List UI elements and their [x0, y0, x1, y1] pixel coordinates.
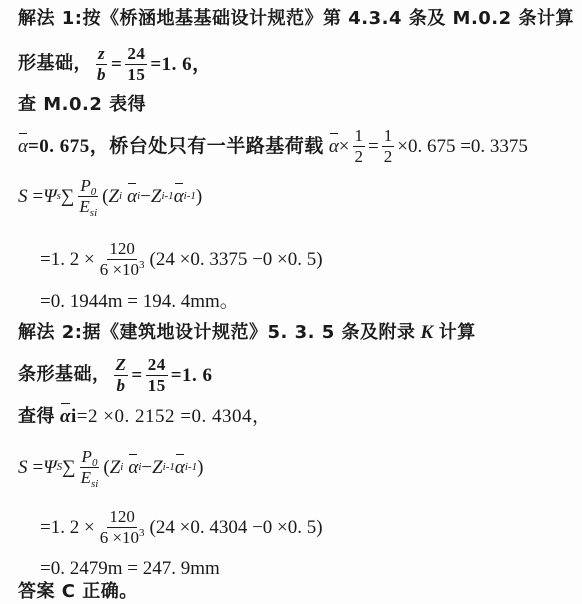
- method1-heading: 解法 1:按《桥涵地基基础设计规范》第 4.3.4 条及 M.0.2 条计算: [18, 10, 574, 28]
- p0-over-esi-fraction-2: P0 Esi: [79, 448, 101, 487]
- half-fraction: 1 2: [353, 127, 366, 166]
- document-page: 解法 1:按《桥涵地基基础设计规范》第 4.3.4 条及 M.0.2 条计算 形…: [0, 0, 582, 604]
- method2-settlement-formula: S = ΨS ∑ P0 Esi ( Zi αi − Zi-1 αi-1 ): [18, 448, 203, 487]
- load-over-modulus-fraction: 120 6 ×103: [98, 240, 147, 279]
- 24-over-15-fraction-2: 24 15: [146, 356, 168, 395]
- half-fraction-2: 1 2: [382, 127, 395, 166]
- method1-heading-text: 解法 1:按《桥涵地基基础设计规范》第 4.3.4 条及 M.0.2 条计算: [18, 10, 574, 28]
- method1-lookup: 查 M.0.2 表得: [18, 96, 146, 114]
- ratio-result: =1. 6，: [150, 55, 211, 74]
- method2-heading: 解法 2:据《建筑地设计规范》5. 3. 5 条及附录 K 计算: [18, 323, 476, 342]
- ratio-label: 形基础，: [18, 55, 92, 73]
- alpha-half-result: ×0. 675 =0. 3375: [397, 137, 528, 156]
- z-over-b-fraction: z b: [95, 45, 108, 84]
- method1-settlement-formula: S = Ψs ∑ P0 Esi ( Zi αi − Zi-1 αi-1 ): [18, 177, 202, 216]
- load-over-modulus-fraction-2: 120 6 ×103: [98, 508, 147, 547]
- p0-over-esi-fraction: P0 Esi: [77, 177, 99, 216]
- method1-alpha-line: α =0. 675，桥台处只有一半路基荷载 α × 1 2 = 1 2 ×0. …: [18, 127, 528, 166]
- alpha-value-text: =0. 675，桥台处只有一半路基荷载: [28, 137, 324, 156]
- method1-ratio-line: 形基础， z b = 24 15 =1. 6，: [18, 45, 212, 84]
- alpha-bar-symbol: α: [18, 137, 28, 156]
- method2-alpha-line: 查得 αi =2 ×0. 2152 =0. 4304，: [18, 407, 271, 426]
- 24-over-15-fraction: 24 15: [125, 45, 147, 84]
- method1-calculation: =1. 2 × 120 6 ×103 (24 ×0. 3375 −0 ×0. 5…: [40, 240, 323, 279]
- method2-ratio-line: 条形基础， Z b = 24 15 =1. 6: [18, 356, 213, 395]
- method2-calculation: =1. 2 × 120 6 ×103 (24 ×0. 4304 −0 ×0. 5…: [40, 508, 323, 547]
- Z-over-b-fraction: Z b: [114, 356, 129, 395]
- method2-result: =0. 2479m = 247. 9mm: [40, 559, 220, 578]
- method1-result: =0. 1944m = 194. 4mm。: [40, 292, 239, 311]
- answer-statement: 答案 C 正确。: [18, 583, 138, 601]
